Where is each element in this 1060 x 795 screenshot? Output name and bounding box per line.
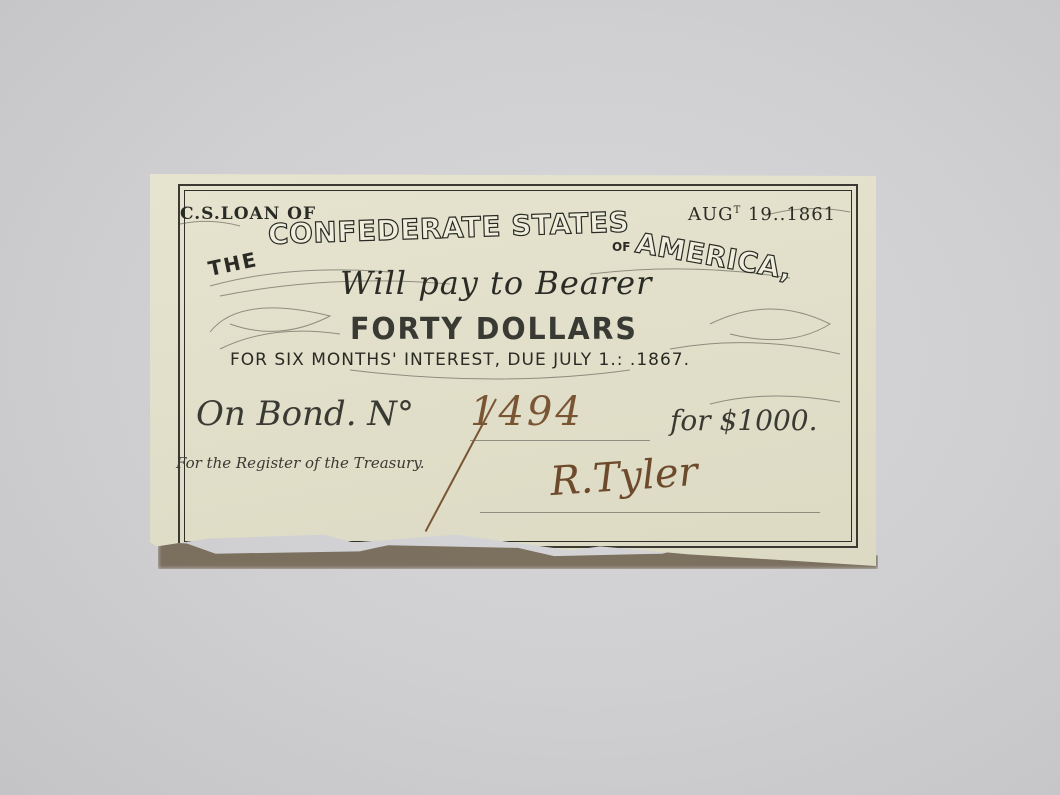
amount-words: FORTY DOLLARS [350, 312, 638, 347]
bond-amount: for $1000. [670, 404, 817, 437]
loan-date: AUGT 19..1861 [688, 204, 836, 225]
date-month-sup: T [734, 205, 742, 216]
bond-label: On Bond. N° [196, 394, 414, 434]
date-month: AUG [688, 204, 734, 225]
register-label: For the Register of the Treasury. [176, 454, 424, 472]
pay-to-bearer: Will pay to Bearer [340, 264, 652, 302]
title-of: OF [612, 240, 630, 254]
date-day-year: 19..1861 [748, 204, 836, 225]
signature-rule [480, 512, 820, 513]
interest-line: FOR SIX MONTHS' INTEREST, DUE JULY 1.: .… [230, 350, 690, 370]
bond-number-rule [470, 440, 650, 441]
bond-coupon: C.S.LOAN OF AUGT 19..1861 THE CONFEDERAT… [150, 174, 876, 566]
